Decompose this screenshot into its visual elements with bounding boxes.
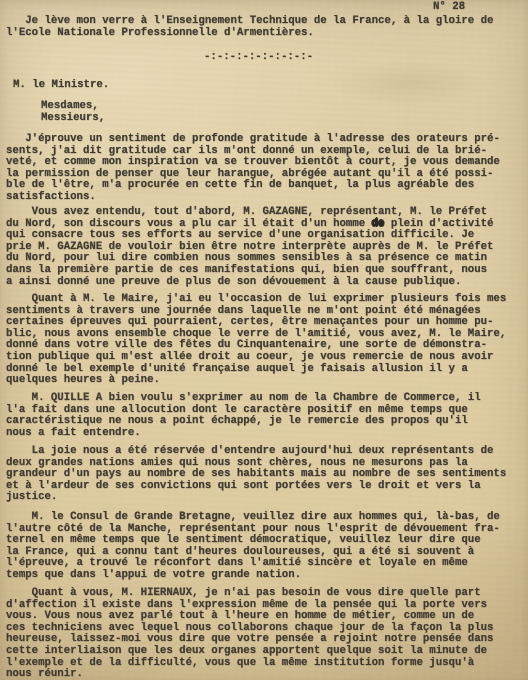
paragraph-hiernaux: Quant à vous, M. HIERNAUX, je n'ai pas b… xyxy=(6,588,524,680)
paragraph-consul-gb: M. le Consul de Grande Bretagne, veuille… xyxy=(6,512,524,582)
epigraph-toast: Je lève mon verre à l'Enseignement Techn… xyxy=(6,16,522,39)
paragraph-gazagne-text: plein d'activité qui consacre tous ses e… xyxy=(6,218,493,288)
paragraph-gazagne: Vous avez entendu, tout d'abord, M. GAZA… xyxy=(6,207,524,288)
paragraph-gratitude: J'éprouve un sentiment de profonde grati… xyxy=(6,134,524,204)
paper-stain xyxy=(330,60,490,106)
scanned-letter-page: N° 28 Je lève mon verre à l'Enseignement… xyxy=(0,0,528,680)
paragraph-quille: M. QUILLE A bien voulu s'exprimer au nom… xyxy=(6,393,524,439)
page-number: N° 28 xyxy=(433,2,465,14)
typed-separator: -:-:-:-:-:-:-:-:- xyxy=(204,52,313,64)
overstruck-correction: de xyxy=(372,218,385,230)
paragraph-maire: Quant à M. le Maire, j'ai eu l'occasion … xyxy=(6,294,526,387)
salutation-minister: M. le Ministre. xyxy=(13,80,109,92)
paragraph-nations: La joie nous a été réservée d'entendre a… xyxy=(6,446,526,504)
salutation-audience: Mesdames, Messieurs, xyxy=(41,101,105,124)
